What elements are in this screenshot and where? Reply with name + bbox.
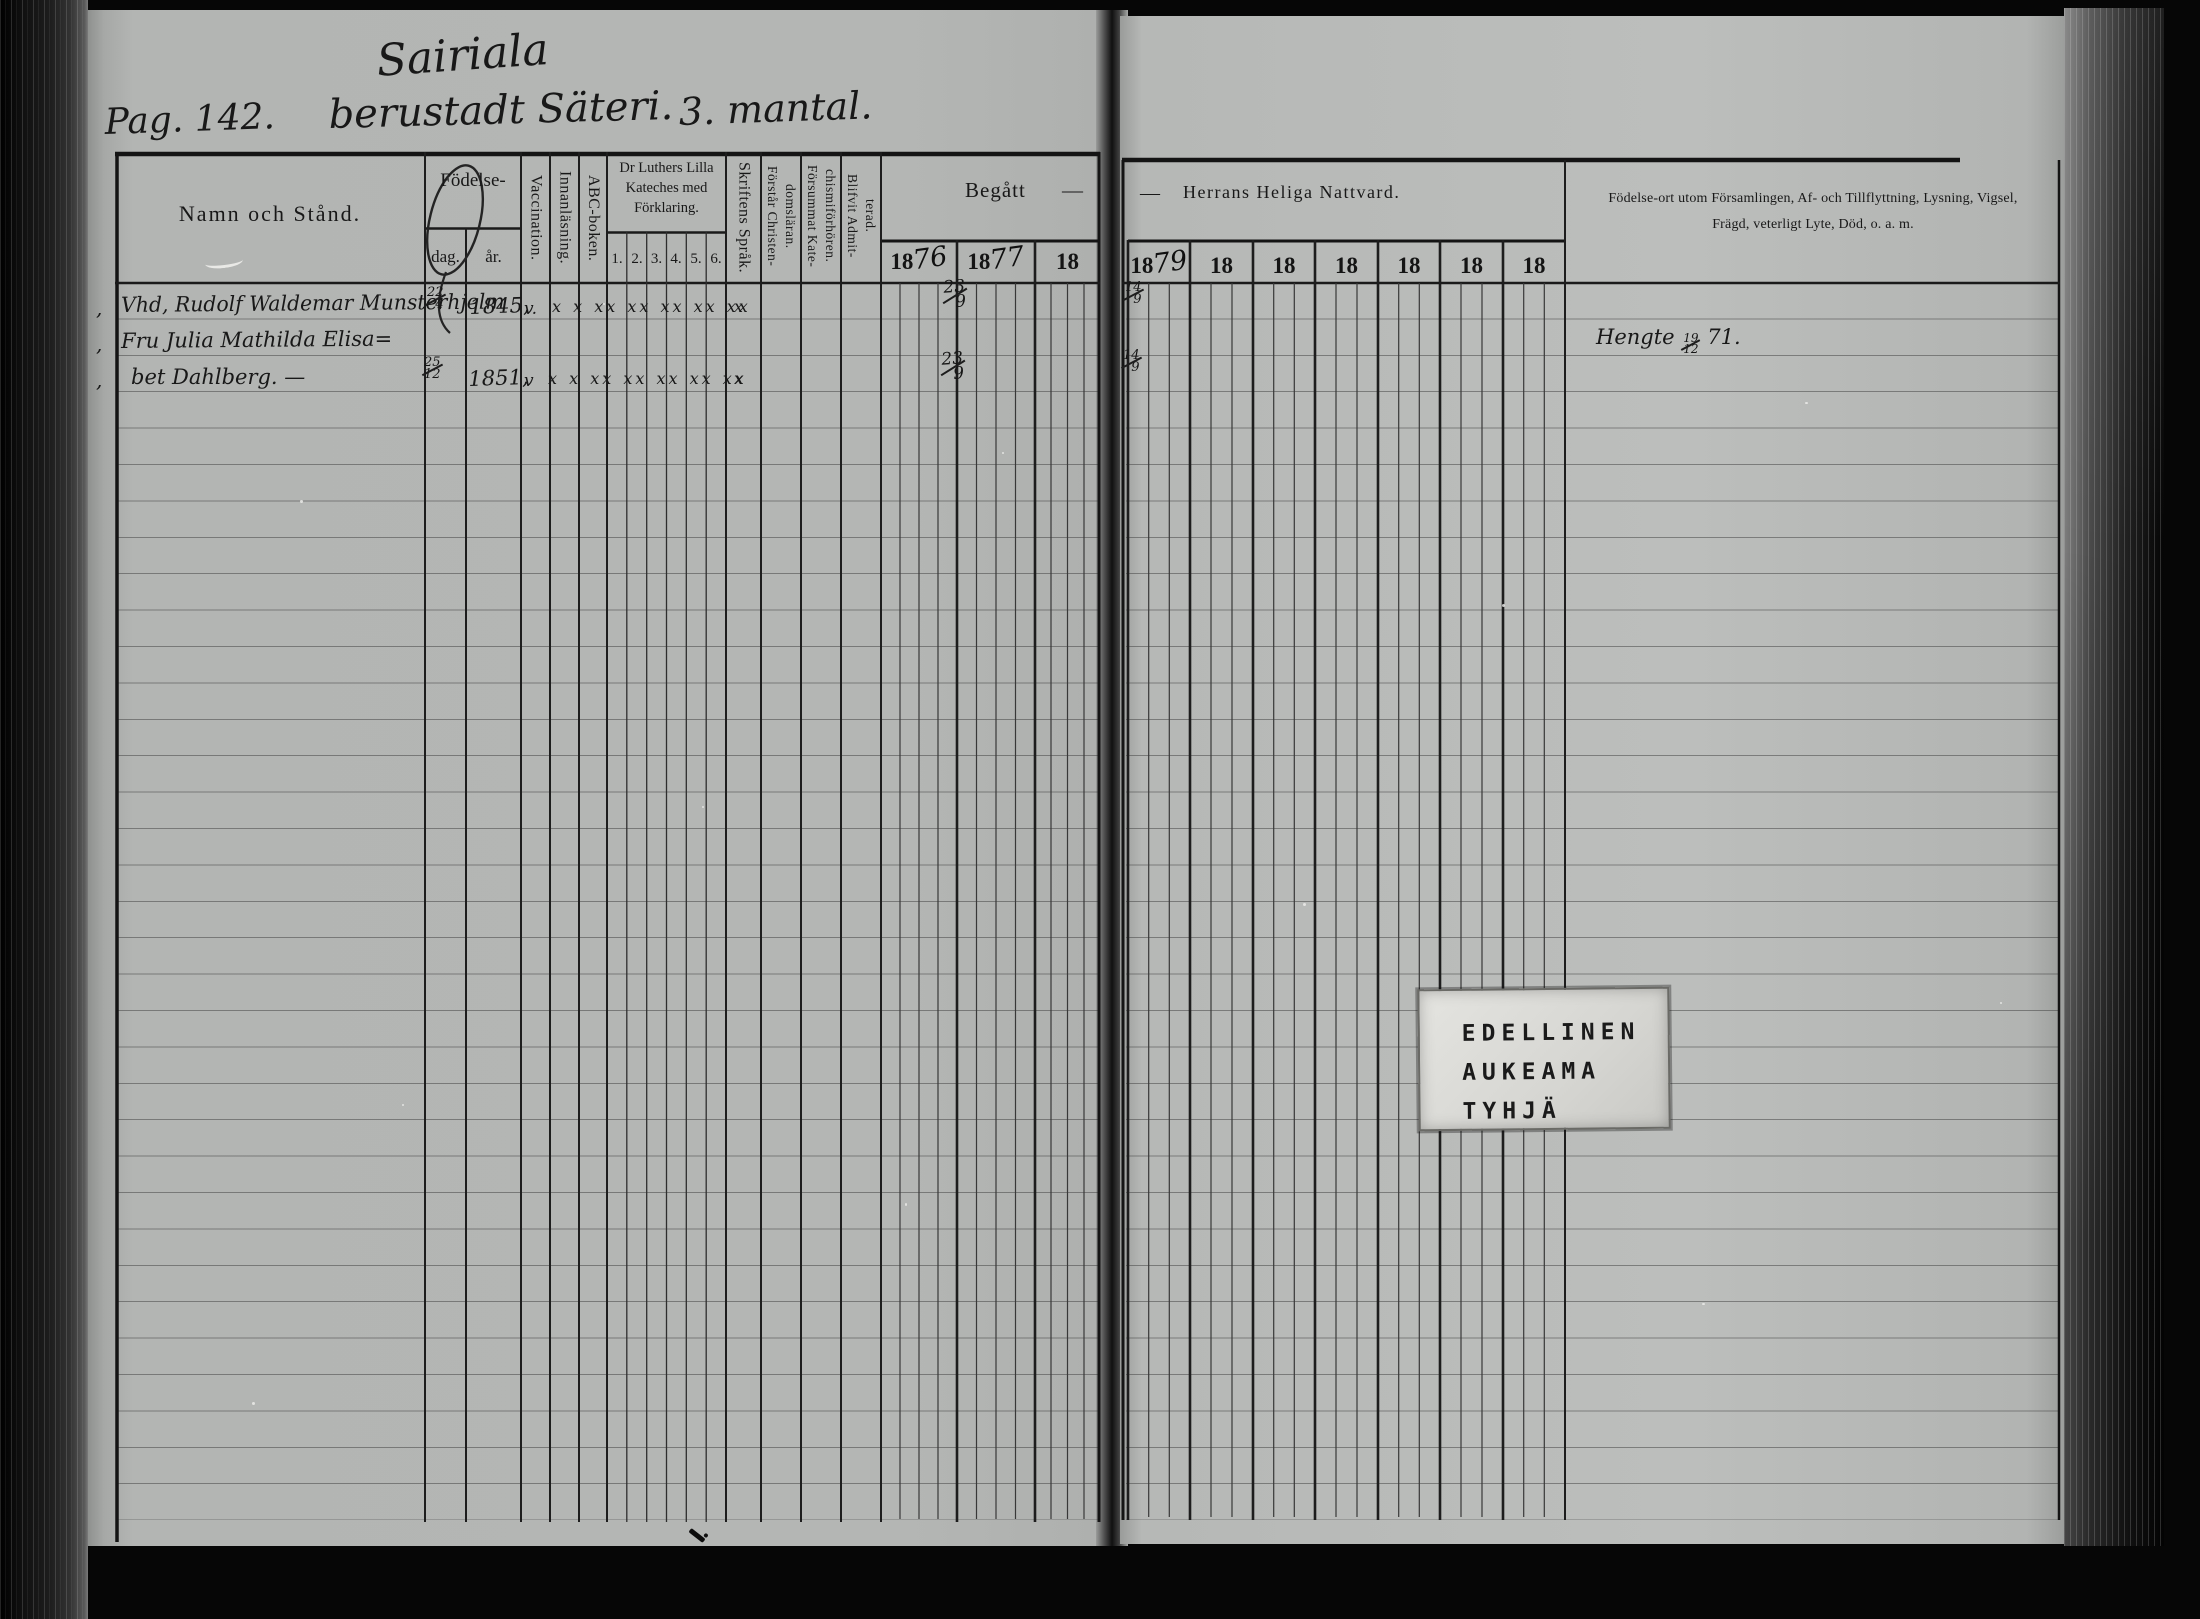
catechism-line3: Förklaring.: [634, 200, 699, 216]
row1-name: Vhd, Rudolf Waldemar Munsterhjelm: [121, 290, 505, 317]
row3-communion-1879: 14 9: [1123, 350, 1140, 373]
notes-header-line1: Födelse-ort utom Församlingen, Af- och T…: [1608, 191, 2017, 206]
year-box-r3: 18: [1253, 244, 1315, 287]
column-header-vaccination: Vaccination.: [527, 175, 545, 261]
nattvard-dash: —: [1140, 182, 1160, 205]
label-line-2: AUKEAMA: [1462, 1052, 1668, 1093]
dust-speck: [1002, 452, 1004, 454]
year-box-1877: 1877: [957, 240, 1035, 283]
column-header-birth-day: dag.: [425, 247, 466, 267]
row3-reading-marks: x x xx xx xx xx xx: [548, 369, 747, 388]
column-header-birth: Födelse-: [425, 170, 521, 192]
year-box-r7: 18: [1503, 244, 1565, 287]
year-box-r2: 18: [1190, 244, 1253, 287]
row3-communion-1877: 23 9: [941, 351, 965, 383]
column-header-understands-l1: Förstår Christen-: [764, 166, 780, 266]
year-box-r4: 18: [1315, 244, 1378, 287]
column-header-begatt: Begått: [965, 178, 1026, 203]
year-printed: 18: [1130, 253, 1153, 279]
row3-name: bet Dahlberg. —: [131, 365, 305, 389]
year-handwritten: 76: [911, 241, 949, 276]
catechism-col-6: 6.: [706, 251, 726, 268]
row1-birth-year: 1845,: [469, 293, 530, 319]
year-printed: 18: [1273, 253, 1296, 279]
year-box-r5: 18: [1378, 244, 1440, 287]
year-box-18-left: 18: [1035, 240, 1100, 283]
year-printed: 18: [1460, 253, 1483, 279]
row1-communion-1879: 14 9: [1125, 282, 1142, 305]
column-header-admitted-l1: Blifvit Admit-: [844, 174, 860, 258]
row1-reading-marks: x x xx xx xx xx xx: [552, 297, 751, 316]
column-header-reading: Innanläsning.: [556, 171, 574, 264]
year-printed: 18: [967, 249, 990, 275]
row1-birth-day: 22 4: [427, 287, 444, 310]
row2-name: Fru Julia Mathilda Elisa=: [121, 327, 392, 353]
note-suffix: 71.: [1707, 325, 1740, 349]
scanned-book-spread: Sairiala Pag. 142. berustadt Säteri. 3. …: [0, 0, 2200, 1619]
row3-vaccination-mark: v: [524, 371, 534, 391]
dust-speck: [300, 500, 303, 503]
year-printed: 18: [1056, 249, 1079, 275]
row1-scripture-mark: x: [734, 297, 743, 316]
catechism-col-3: 3.: [647, 251, 666, 268]
year-printed: 18: [1335, 253, 1358, 279]
dust-speck: [905, 1203, 907, 1206]
handwritten-mantal-note: 3. mantal.: [678, 83, 873, 134]
column-header-name: Namn och Stånd.: [115, 201, 425, 227]
catechism-col-2: 2.: [627, 251, 647, 268]
column-header-notes: Födelse-ort utom Församlingen, Af- och T…: [1572, 186, 2054, 238]
frac-den: 4: [435, 299, 443, 311]
margin-mark-3: ,: [96, 368, 102, 392]
year-box-r6: 18: [1440, 244, 1503, 287]
row3-birth-year: 1851,: [468, 365, 529, 391]
dust-speck: [402, 1104, 404, 1106]
catechism-col-4: 4.: [666, 251, 686, 268]
frac-den: 12: [1683, 344, 1698, 355]
label-line-1: EDELLINEN: [1462, 1013, 1668, 1054]
table-grid: [0, 0, 2200, 1619]
column-header-catechism: Dr Luthers Lilla Kateches med Förklaring…: [607, 158, 726, 218]
notes-header-line2: Frägd, veterligt Lyte, Död, o. a. m.: [1712, 217, 1914, 232]
dust-speck: [702, 806, 704, 808]
margin-mark-2: ,: [96, 332, 102, 356]
handwritten-estate-note: berustadt Säteri.: [328, 83, 674, 138]
column-header-missed-l1: Försummat Kate-: [804, 165, 820, 267]
column-header-admitted-l2: terad.: [862, 199, 878, 232]
frac-den: 12: [424, 369, 441, 381]
frac-den: 9: [1131, 362, 1139, 374]
year-printed: 18: [890, 249, 913, 275]
frac-den: 9: [953, 367, 965, 383]
row3-birth-day: 25 12: [424, 357, 441, 380]
row1-vaccination-mark: v.: [524, 299, 537, 319]
begatt-dash: —: [1062, 178, 1083, 203]
column-header-missed-l2: chismiförhören.: [822, 169, 838, 262]
row3-scripture-mark: x: [734, 369, 743, 388]
column-header-birth-year: år.: [466, 247, 521, 267]
handwritten-page-number: Pag. 142.: [104, 96, 275, 143]
dust-speck: [252, 1402, 255, 1405]
column-header-nattvard: Herrans Heliga Nattvard.: [1183, 182, 1400, 203]
year-printed: 18: [1523, 253, 1546, 279]
note-date-fraction: 19 12: [1683, 333, 1698, 355]
catechism-line2: Kateches med: [626, 180, 708, 196]
label-line-3: TYHJÄ: [1462, 1091, 1668, 1132]
row2-note: Hengte 19 12 71.: [1596, 325, 1741, 355]
column-header-scripture: Skriftens Språk.: [735, 162, 753, 273]
frac-den: 9: [1133, 294, 1141, 306]
year-printed: 18: [1398, 253, 1421, 279]
dust-speck: [1303, 903, 1306, 906]
dust-speck: [2000, 1002, 2002, 1004]
year-printed: 18: [1210, 253, 1233, 279]
column-header-abc-book: ABC-boken.: [584, 175, 602, 261]
catechism-col-1: 1.: [607, 251, 627, 268]
year-handwritten: 79: [1151, 245, 1189, 280]
row1-communion-1877: 23 9: [943, 279, 967, 311]
dust-speck: [1502, 604, 1505, 607]
column-header-understands-l2: domsläran.: [782, 184, 798, 249]
empty-spread-label-card: EDELLINEN AUKEAMA TYHJÄ: [1417, 987, 1670, 1132]
note-prefix: Hengte: [1596, 325, 1675, 349]
catechism-line1: Dr Luthers Lilla: [619, 160, 713, 176]
year-handwritten: 77: [988, 241, 1026, 276]
dust-speck: [1702, 1303, 1705, 1305]
frac-den: 9: [955, 295, 967, 311]
margin-mark-1: ,: [96, 296, 102, 320]
catechism-col-5: 5.: [686, 251, 706, 268]
dust-speck: [1805, 402, 1808, 404]
